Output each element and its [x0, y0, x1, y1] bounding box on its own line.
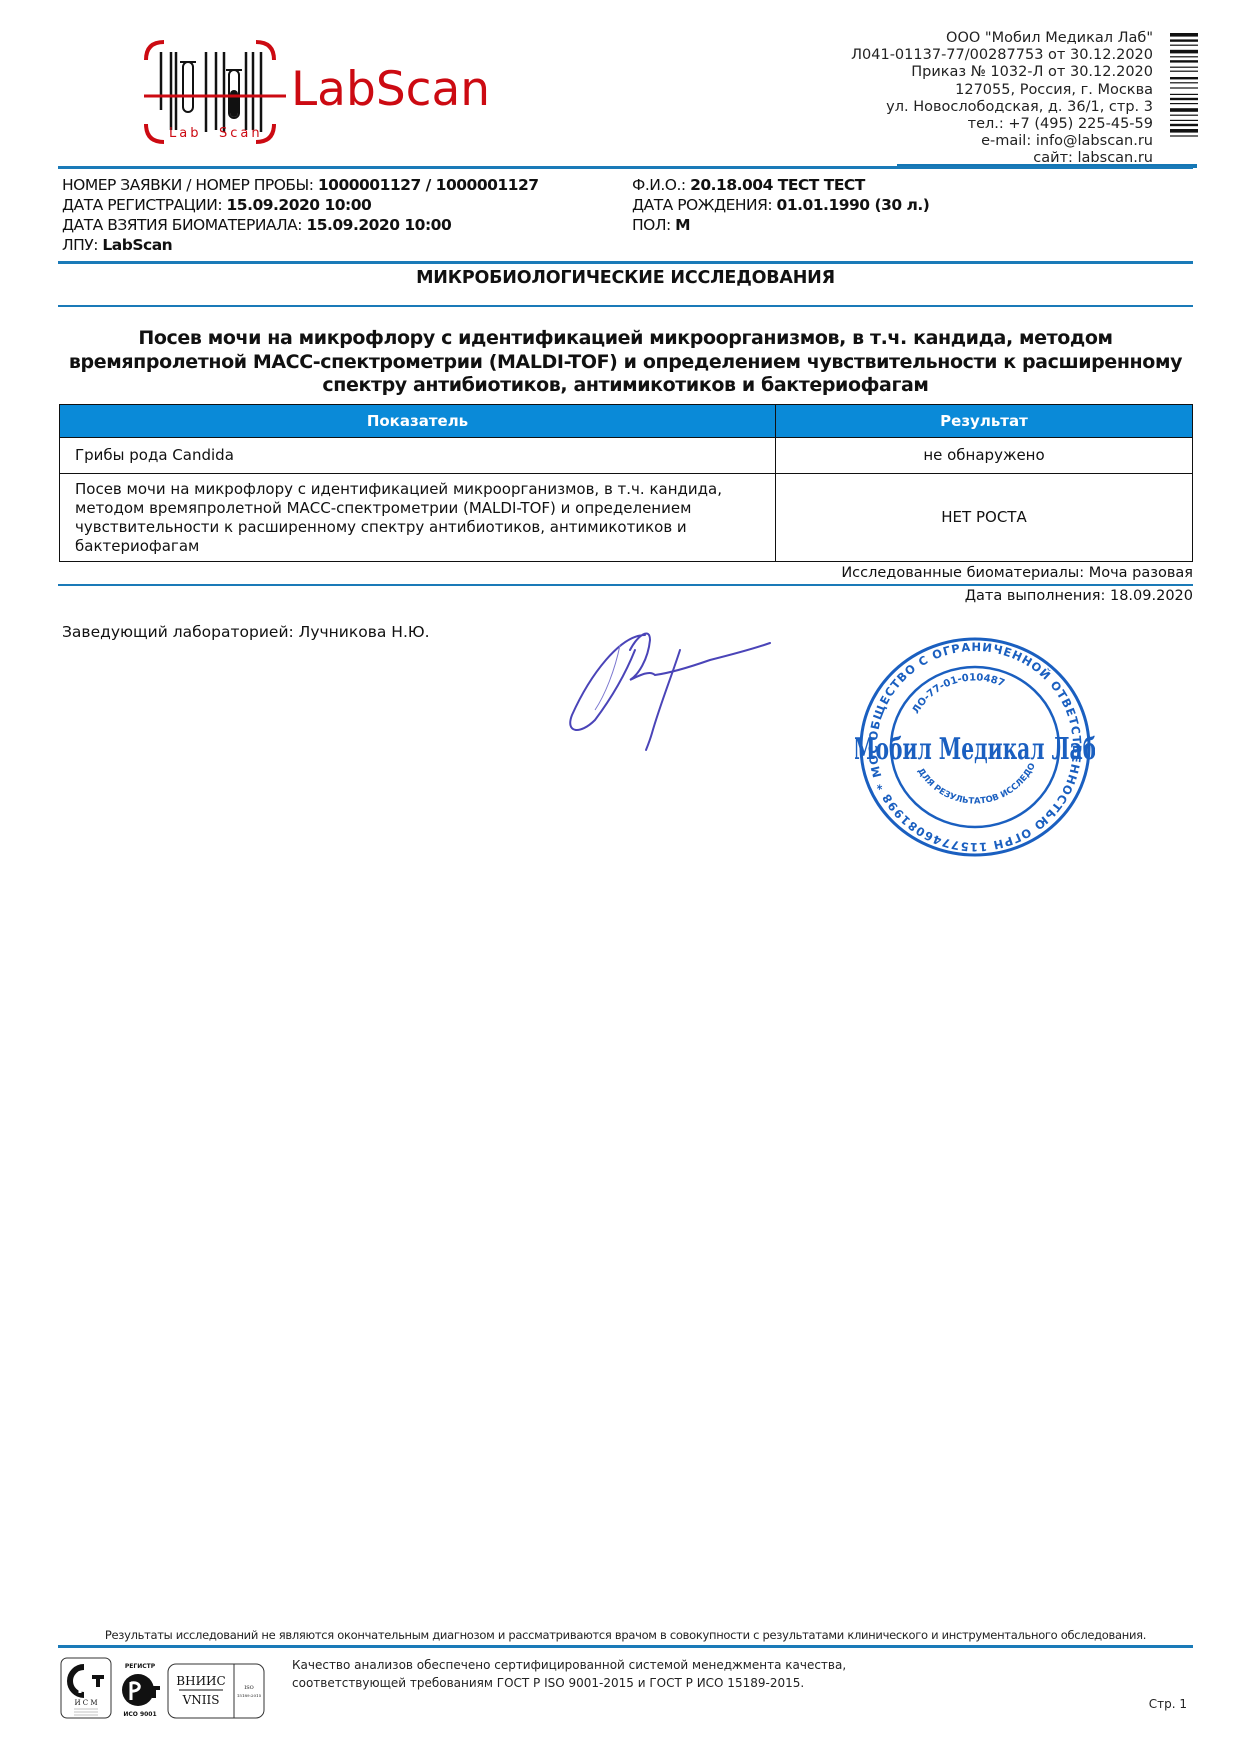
- signature-icon: [560, 615, 790, 765]
- svg-text:ВНИИС: ВНИИС: [176, 1674, 225, 1688]
- company-street: ул. Новослободская, д. 36/1, стр. 3: [851, 99, 1153, 116]
- section-title: МИКРОБИОЛОГИЧЕСКИЕ ИССЛЕДОВАНИЯ: [58, 268, 1193, 288]
- sex-line: ПОЛ: М: [632, 215, 929, 235]
- table-header-row: Показатель Результат: [60, 405, 1193, 438]
- order-info: НОМЕР ЗАЯВКИ / НОМЕР ПРОБЫ: 1000001127 /…: [62, 175, 539, 255]
- labscan-logo: Lab Scan LabScan: [136, 32, 508, 152]
- vniis-iso15189-icon: ВНИИС VNIIS ISO 15189:2015: [167, 1663, 265, 1719]
- company-phone: тел.: +7 (495) 225-45-59: [851, 116, 1153, 133]
- svg-text:ИСО 9001: ИСО 9001: [123, 1711, 156, 1718]
- svg-text:РЕГИСТР: РЕГИСТР: [125, 1663, 156, 1670]
- brand-name: LabScan: [291, 62, 490, 117]
- order-number-line: НОМЕР ЗАЯВКИ / НОМЕР ПРОБЫ: 1000001127 /…: [62, 175, 539, 195]
- svg-text:ISO: ISO: [244, 1685, 254, 1691]
- head-of-lab: Заведующий лабораторией: Лучникова Н.Ю.: [62, 623, 430, 641]
- result-cell: не обнаружено: [776, 438, 1193, 474]
- table-row: Посев мочи на микрофлору с идентификацие…: [60, 474, 1193, 562]
- company-order: Приказ № 1032-Л от 30.12.2020: [851, 64, 1153, 81]
- quality-line-1: Качество анализов обеспечено сертифициро…: [292, 1656, 846, 1674]
- biomaterial: Исследованные биоматериалы: Моча разовая: [841, 565, 1193, 581]
- svg-text:«Мобил Медикал Лаб»: «Мобил Медикал Лаб»: [855, 731, 1095, 766]
- indicator-cell: Посев мочи на микрофлору с идентификацие…: [60, 474, 776, 562]
- result-cell: НЕТ РОСТА: [776, 474, 1193, 562]
- patient-sex: М: [675, 216, 690, 234]
- registry-iso9001-icon: РЕГИСТР ИСО 9001: [116, 1660, 164, 1720]
- info-bottom-divider: [58, 261, 1193, 264]
- gost-certification-icon: И С М: [60, 1657, 112, 1719]
- vertical-barcode-icon: [1170, 33, 1198, 161]
- patient-name-line: Ф.И.О.: 20.18.004 ТЕСТ ТЕСТ: [632, 175, 929, 195]
- patient-info: Ф.И.О.: 20.18.004 ТЕСТ ТЕСТ ДАТА РОЖДЕНИ…: [632, 175, 929, 235]
- svg-text:Lab: Lab: [169, 126, 201, 141]
- svg-text:ЛО-77-01-010487: ЛО-77-01-010487: [911, 672, 1007, 715]
- results-table: Показатель Результат Грибы рода Candida …: [59, 404, 1193, 562]
- sample-date-line: ДАТА ВЗЯТИЯ БИОМАТЕРИАЛА: 15.09.2020 10:…: [62, 215, 539, 235]
- company-city: 127055, Россия, г. Москва: [851, 82, 1153, 99]
- completion-date: Дата выполнения: 18.09.2020: [965, 588, 1193, 604]
- birth-date-line: ДАТА РОЖДЕНИЯ: 01.01.1990 (30 л.): [632, 195, 929, 215]
- patient-name: 20.18.004 ТЕСТ ТЕСТ: [690, 176, 865, 194]
- svg-text:И С М: И С М: [74, 1699, 97, 1707]
- test-title: Посев мочи на микрофлору с идентификацие…: [58, 327, 1193, 398]
- svg-text:15189:2015: 15189:2015: [237, 1693, 262, 1698]
- svg-text:Scan: Scan: [219, 126, 263, 141]
- svg-text:VNIIS: VNIIS: [182, 1693, 220, 1707]
- column-header-result: Результат: [776, 405, 1193, 438]
- company-name: ООО "Мобил Медикал Лаб": [851, 30, 1153, 47]
- company-license: Л041-01137-77/00287753 от 30.12.2020: [851, 47, 1153, 64]
- company-email: e-mail: info@labscan.ru: [851, 133, 1153, 150]
- disclaimer: Результаты исследований не являются окон…: [58, 1628, 1193, 1642]
- sample-date: 15.09.2020 10:00: [306, 216, 451, 234]
- registration-date: 15.09.2020 10:00: [227, 196, 372, 214]
- table-row: Грибы рода Candida не обнаружено: [60, 438, 1193, 474]
- quality-statement: Качество анализов обеспечено сертифициро…: [292, 1656, 846, 1692]
- page-number: Стр. 1: [1149, 1697, 1187, 1711]
- company-stamp-icon: ОБЩЕСТВО С ОГРАНИЧЕННОЙ ОТВЕТСТВЕННОСТЬЮ…: [855, 635, 1095, 860]
- lpu-line: ЛПУ: LabScan: [62, 235, 539, 255]
- barcode-logo-icon: Lab Scan: [136, 32, 286, 152]
- indicator-cell: Грибы рода Candida: [60, 438, 776, 474]
- footer-divider: [58, 1645, 1193, 1648]
- biomaterial-divider: [58, 584, 1193, 586]
- section-divider: [58, 305, 1193, 307]
- info-top-divider: [58, 166, 1193, 169]
- column-header-indicator: Показатель: [60, 405, 776, 438]
- order-number: 1000001127 / 1000001127: [318, 176, 539, 194]
- lpu-value: LabScan: [102, 236, 172, 254]
- registration-date-line: ДАТА РЕГИСТРАЦИИ: 15.09.2020 10:00: [62, 195, 539, 215]
- quality-line-2: соответствующей требованиям ГОСТ Р ISO 9…: [292, 1674, 846, 1692]
- company-details: ООО "Мобил Медикал Лаб" Л041-01137-77/00…: [851, 30, 1153, 168]
- birth-date: 01.01.1990 (30 л.): [777, 196, 930, 214]
